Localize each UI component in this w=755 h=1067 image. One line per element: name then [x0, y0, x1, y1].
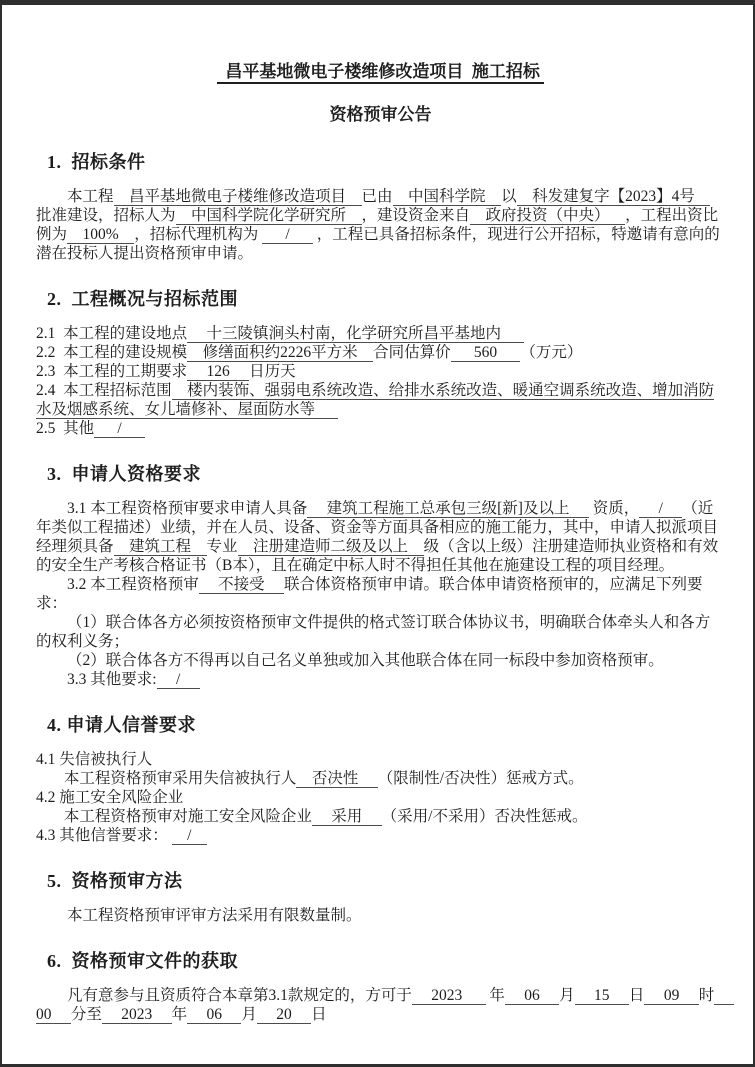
filled-blank: 2023 [412, 987, 486, 1005]
document-title-underlined-text: 昌平基地微电子楼维修改造项目 施工招标 [217, 62, 544, 84]
filled-blank: / [262, 226, 313, 244]
section-2-heading: 2. 工程概况与招标范围 [47, 287, 725, 311]
clause-4-1-detail: 本工程资格预审采用失信被执行人 否决性 （限制性/否决性）惩戒方式。 [64, 769, 725, 788]
filled-blank: 建筑工程施工总承包三级[新]及以上 [307, 500, 589, 518]
clause-4-3-other-credit: 4.3 其他信誉要求： / [36, 826, 725, 845]
filled-blank: / [172, 827, 207, 845]
filled-blank: 政府投资（中央） [470, 207, 625, 225]
text-segment: 批准建设，招标人为 [36, 207, 176, 224]
filled-blank: / [94, 420, 145, 438]
text-segment: 2.3 本工程的工期要求 [36, 363, 187, 380]
text-segment: （2）联合体各方不得再以自己名义单独或加入其他联合体在同一标段中参加资格预审。 [67, 652, 664, 669]
text-segment: （采用/不采用）否决性惩戒。 [382, 808, 588, 825]
section-5-prequalification-method: 5. 资格预审方法 本工程资格预审评审方法采用有限数量制。 [36, 869, 725, 925]
clause-2-3-duration: 2.3 本工程的工期要求 126 日历天 [36, 362, 725, 381]
clause-3-2-item-2: （2）联合体各方不得再以自己名义单独或加入其他联合体在同一标段中参加资格预审。 [36, 651, 725, 670]
filled-blank: 126 [187, 363, 249, 381]
tender-prequalification-announcement-page: 昌平基地微电子楼维修改造项目 施工招标 资格预审公告 1. 招标条件 本工程 昌… [0, 0, 755, 1067]
filled-blank: 采用 [312, 808, 382, 826]
text-segment: 已由 [362, 188, 393, 205]
clause-4-2-detail: 本工程资格预审对施工安全风险企业 采用 （采用/不采用）否决性惩戒。 [64, 807, 725, 826]
text-segment: 3.3 其他要求: [67, 671, 157, 688]
filled-blank: 昌平基地微电子楼维修改造项目 [114, 188, 362, 206]
filled-blank: 中国科学院化学研究所 [176, 207, 362, 225]
filled-blank: 十三陵镇涧头村南，化学研究所昌平基地内 [187, 325, 524, 343]
filled-blank: 科发建复字【2023】4号 [517, 188, 711, 206]
clause-2-5-other: 2.5 其他 / [36, 419, 725, 438]
text-segment: （1）联合体各方必须按资格预审文件提供的格式签订联合体协议书，明确联合体牵头人和… [36, 614, 710, 650]
text-segment: （限制性/否决性）惩戒方式。 [378, 770, 584, 787]
text-segment: 4.1 失信被执行人 [36, 751, 152, 768]
text-segment: 合同估算价 [373, 344, 451, 361]
text-segment: 2.4 本工程招标范围 [36, 382, 172, 399]
section-2-project-overview-scope: 2. 工程概况与招标范围 2.1 本工程的建设地点 十三陵镇涧头村南，化学研究所… [36, 287, 725, 438]
text-segment: 专业 [207, 538, 238, 555]
text-segment: 日历天 [249, 363, 296, 380]
text-segment: 本工程资格预审评审方法采用有限数量制。 [67, 907, 362, 924]
text-segment: 本工程资格预审对施工安全风险企业 [64, 808, 312, 825]
filled-blank: 15 [575, 987, 629, 1005]
filled-blank: 2023 [102, 1006, 172, 1024]
text-segment: ，招标代理机构为 [134, 226, 262, 243]
text-segment: 4.3 其他信誉要求： [36, 827, 172, 844]
section-1-heading: 1. 招标条件 [47, 150, 725, 174]
text-segment: 本工程资格预审采用失信被执行人 [64, 770, 297, 787]
text-segment: 月 [241, 1006, 257, 1023]
text-segment: 分至 [71, 1006, 102, 1023]
clause-3-2-consortium: 3.2 本工程资格预审 不接受 联合体资格预审申请。联合体申请资格预审的，应满足… [36, 575, 725, 613]
text-segment: 2.2 本工程的建设规模 [36, 344, 187, 361]
filled-blank: 中国科学院 [393, 188, 502, 206]
clause-2-1-location: 2.1 本工程的建设地点 十三陵镇涧头村南，化学研究所昌平基地内 [36, 324, 725, 343]
filled-blank: 否决性 [296, 770, 377, 788]
clause-4-1-dishonest-executee: 4.1 失信被执行人 [36, 750, 725, 769]
clause-1-conditions-paragraph: 本工程 昌平基地微电子楼维修改造项目 已由 中国科学院 以 科发建复字【2023… [36, 187, 725, 263]
text-segment: 日 [311, 1006, 327, 1023]
filled-blank: / [639, 500, 682, 518]
text-segment: 本工程 [67, 188, 114, 205]
filled-blank: / [157, 671, 200, 689]
clause-5-method-paragraph: 本工程资格预审评审方法采用有限数量制。 [36, 906, 725, 925]
filled-blank: 20 [257, 1006, 311, 1024]
text-segment: 以 [501, 188, 517, 205]
section-5-heading: 5. 资格预审方法 [47, 869, 725, 893]
clause-4-2-safety-risk-enterprise: 4.2 施工安全风险企业 [36, 788, 725, 807]
text-segment: 资质， [589, 500, 639, 517]
section-1-bidding-conditions: 1. 招标条件 本工程 昌平基地微电子楼维修改造项目 已由 中国科学院 以 科发… [36, 150, 725, 263]
clause-2-4-bidding-scope: 2.4 本工程招标范围 楼内装饰、强弱电系统改造、给排水系统改造、暖通空调系统改… [36, 381, 725, 419]
section-6-heading: 6. 资格预审文件的获取 [47, 949, 725, 973]
text-segment: 2.1 本工程的建设地点 [36, 325, 187, 342]
section-4-heading: 4. 申请人信誉要求 [47, 713, 725, 737]
text-segment: 3.2 本工程资格预审 [67, 576, 199, 593]
section-3-applicant-qualification: 3. 申请人资格要求 3.1 本工程资格预审要求申请人具备 建筑工程施工总承包三… [36, 462, 725, 689]
text-segment: 月 [559, 987, 575, 1004]
filled-blank: 注册建造师二级及以上 [238, 538, 424, 556]
filled-blank: 建筑工程 [114, 538, 207, 556]
section-4-applicant-credit: 4. 申请人信誉要求 4.1 失信被执行人 本工程资格预审采用失信被执行人 否决… [36, 713, 725, 845]
document-subtitle: 资格预审公告 [36, 104, 725, 126]
filled-blank: 不接受 [199, 576, 284, 594]
section-3-heading: 3. 申请人资格要求 [47, 462, 725, 486]
text-segment: 年 [486, 987, 505, 1004]
clause-3-1-qualification: 3.1 本工程资格预审要求申请人具备 建筑工程施工总承包三级[新]及以上 资质，… [36, 499, 725, 575]
filled-blank: 06 [505, 987, 559, 1005]
text-segment: 凡有意参与且资质符合本章第3.1款规定的，方可于 [67, 987, 412, 1004]
text-segment: 年 [172, 1006, 188, 1023]
text-segment: 时 [699, 987, 715, 1004]
text-segment: 日 [629, 987, 645, 1004]
filled-blank: 09 [644, 987, 698, 1005]
clause-2-2-scale-price: 2.2 本工程的建设规模 修缮面积约2226平方米 合同估算价 560 （万元） [36, 343, 725, 362]
text-segment: 4.2 施工安全风险企业 [36, 789, 183, 806]
text-segment: 3.1 本工程资格预审要求申请人具备 [67, 500, 307, 517]
text-segment: 2.5 其他 [36, 420, 94, 437]
filled-blank: 修缮面积约2226平方米 [187, 344, 373, 362]
filled-blank: 06 [187, 1006, 241, 1024]
filled-blank: 560 [451, 344, 521, 362]
clause-6-obtain-paragraph: 凡有意参与且资质符合本章第3.1款规定的，方可于 2023 年 06 月 15 … [36, 986, 725, 1024]
document-title: 昌平基地微电子楼维修改造项目 施工招标 [36, 61, 725, 83]
section-6-document-obtainment: 6. 资格预审文件的获取 凡有意参与且资质符合本章第3.1款规定的，方可于 20… [36, 949, 725, 1024]
text-segment: ，建设资金来自 [362, 207, 471, 224]
filled-blank: 100% [67, 226, 134, 244]
clause-3-3-other-requirements: 3.3 其他要求: / [36, 670, 725, 689]
clause-3-2-item-1: （1）联合体各方必须按资格预审文件提供的格式签订联合体协议书，明确联合体牵头人和… [36, 613, 725, 651]
text-segment: （万元） [520, 344, 582, 361]
